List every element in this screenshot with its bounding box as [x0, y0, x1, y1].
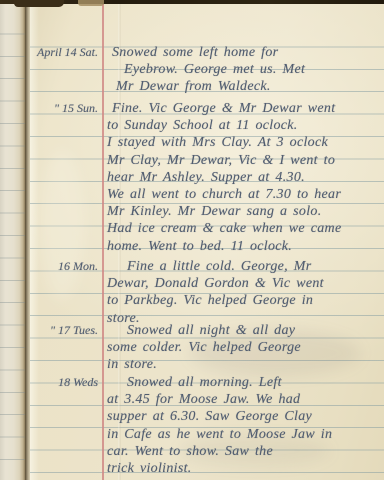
entry-line: to Parkbeg. Vic helped George in: [107, 292, 384, 309]
entry-date: " 17 Tues.: [30, 322, 104, 339]
entry-line: Fine. Vic George & Mr Dewar went: [107, 100, 384, 117]
entry-line: car. Went to show. Saw the: [107, 443, 384, 460]
entry-line: in Cafe as he went to Moose Jaw in: [107, 426, 384, 443]
entry-body: Fine. Vic George & Mr Dewar wentto Sunda…: [104, 100, 384, 255]
entry-line: to Sunday School at 11 oclock.: [107, 117, 384, 134]
entry-line: We all went to church at 7.30 to hear: [107, 186, 384, 203]
entry-line: trick violinist.: [107, 460, 384, 477]
page-top-edge-tab: [78, 0, 104, 6]
entry-body: Snowed all night & all daysome colder. V…: [104, 322, 384, 374]
diary-entry: 16 Mon.Fine a little cold. George, MrDew…: [30, 258, 384, 327]
diary-entries: April 14 Sat.Snowed some left home forEy…: [30, 0, 384, 480]
entry-line: Fine a little cold. George, Mr: [107, 258, 384, 275]
diary-entry: " 17 Tues.Snowed all night & all daysome…: [30, 322, 384, 374]
entry-date: " 15 Sun.: [30, 100, 104, 117]
entry-body: Snowed some left home forEyebrow. George…: [104, 44, 384, 96]
diary-page-photo: April 14 Sat.Snowed some left home forEy…: [0, 0, 384, 480]
entry-line: at 3.45 for Moose Jaw. We had: [107, 391, 384, 408]
entry-date: April 14 Sat.: [30, 44, 104, 61]
entry-line: Had ice cream & cake when we came: [107, 220, 384, 237]
entry-line: some colder. Vic helped George: [107, 339, 384, 356]
entry-line: Snowed all morning. Left: [107, 374, 384, 391]
diary-entry: April 14 Sat.Snowed some left home forEy…: [30, 44, 384, 96]
entry-line: supper at 6.30. Saw George Clay: [107, 408, 384, 425]
page-top-edge-corner: [14, 0, 64, 7]
previous-page-edge: [0, 0, 25, 480]
entry-date: 18 Weds: [30, 374, 104, 391]
entry-line: Snowed all night & all day: [107, 322, 384, 339]
diary-entry: " 15 Sun.Fine. Vic George & Mr Dewar wen…: [30, 100, 384, 255]
entry-line: Mr Kinley. Mr Dewar sang a solo.: [107, 203, 384, 220]
entry-body: Fine a little cold. George, MrDewar, Don…: [104, 258, 384, 327]
diary-entry: 18 WedsSnowed all morning. Leftat 3.45 f…: [30, 374, 384, 477]
entry-line: Dewar, Donald Gordon & Vic went: [107, 275, 384, 292]
entry-line: I stayed with Mrs Clay. At 3 oclock: [107, 134, 384, 151]
entry-line: Snowed some left home for: [107, 44, 384, 61]
entry-line: Mr Clay, Mr Dewar, Vic & I went to: [107, 152, 384, 169]
entry-date: 16 Mon.: [30, 258, 104, 275]
entry-line: home. Went to bed. 11 oclock.: [107, 238, 384, 255]
entry-line: hear Mr Ashley. Supper at 4.30.: [107, 169, 384, 186]
entry-line: Mr Dewar from Waldeck.: [116, 78, 384, 95]
entry-line: in store.: [107, 356, 384, 373]
previous-page-ruled-lines: [0, 12, 25, 480]
entry-line: Eyebrow. George met us. Met: [124, 61, 384, 78]
entry-body: Snowed all morning. Leftat 3.45 for Moos…: [104, 374, 384, 477]
